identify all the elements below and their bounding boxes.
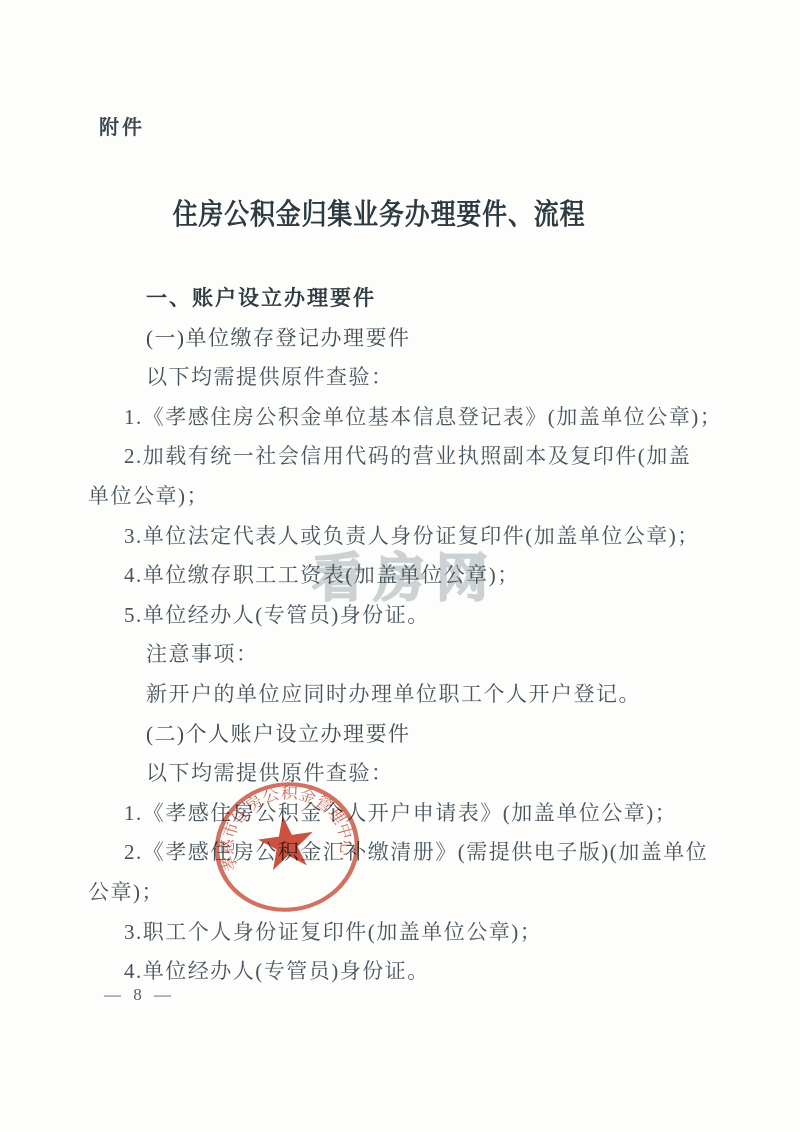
document-title: 住房公积金归集业务办理要件、流程 [53,192,705,233]
page-number: — 8 — [104,985,175,1005]
document-line: 3.单位法定代表人或负责人身份证复印件(加盖单位公章)； [88,517,728,557]
document-line: 4.单位缴存职工工资表(加盖单位公章)； [88,556,728,596]
document-line: 1.《孝感住房公积金单位基本信息登记表》(加盖单位公章)； [88,398,728,438]
document-line: 新开户的单位应同时办理单位职工个人开户登记。 [88,675,728,715]
document-line: 一、账户设立办理要件 [88,279,728,319]
document-line: 2.加载有统一社会信用代码的营业执照副本及复印件(加盖 [88,437,728,477]
attachment-label: 附件 [99,111,145,140]
document-line: (二)个人账户设立办理要件 [88,715,728,755]
document-line: 以下均需提供原件查验： [88,358,728,398]
document-line: 2.《孝感住房公积金汇补缴清册》(需提供电子版)(加盖单位 [88,833,728,873]
document-line: 5.单位经办人(专管员)身份证。 [88,596,728,636]
document-line: 单位公章)； [88,477,728,517]
document-line: 以下均需提供原件查验： [88,754,728,794]
document-line: 1.《孝感住房公积金个人开户申请表》(加盖单位公章)； [88,794,728,834]
document-body: 一、账户设立办理要件(一)单位缴存登记办理要件以下均需提供原件查验：1.《孝感住… [88,279,728,992]
document-line: (一)单位缴存登记办理要件 [88,319,728,359]
document-line: 4.单位经办人(专管员)身份证。 [88,952,728,992]
document-line: 3.职工个人身份证复印件(加盖单位公章)； [88,913,728,953]
document-line: 注意事项： [88,635,728,675]
document-page: 看房网 附件 住房公积金归集业务办理要件、流程 一、账户设立办理要件(一)单位缴… [0,0,800,1132]
document-line: 公章)； [88,873,728,913]
